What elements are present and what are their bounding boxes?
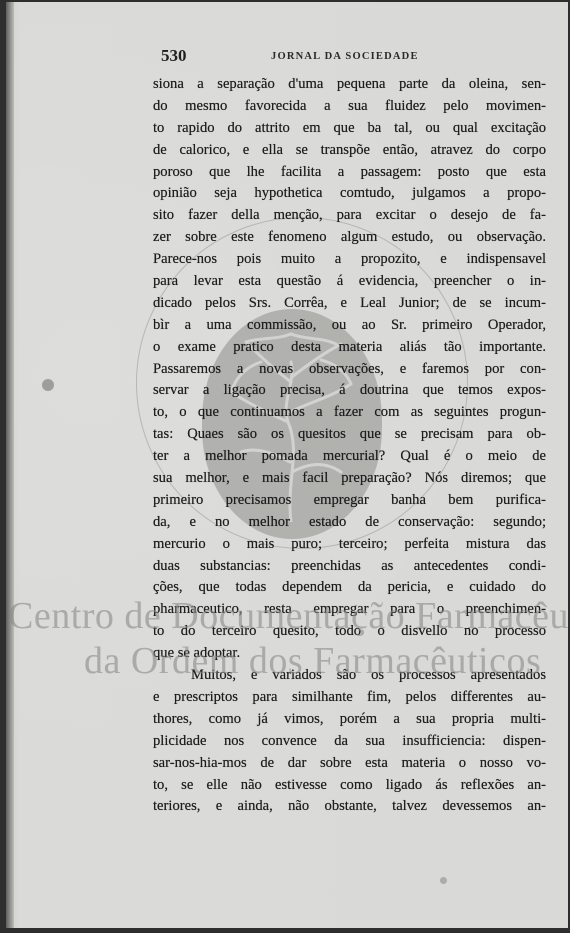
text-line: to do terceiro quesito, todo o disvello …: [153, 621, 546, 643]
text-line: primeiro precisamos empregar banha bem p…: [153, 490, 546, 512]
body-text: siona a separação d'uma pequena parte da…: [153, 74, 546, 818]
text-line: to, se elle não estivesse como ligado ás…: [153, 775, 546, 797]
text-line: do mesmo favorecida a sua fluidez pelo m…: [153, 96, 546, 118]
text-line: to rapido do attrito em que ba tal, ou q…: [153, 118, 546, 140]
text-line: zer sobre este fenomeno algum estudo, ou…: [153, 227, 546, 249]
text-line: plicidade nos convence da sua insufficie…: [153, 731, 546, 753]
text-line: dicado pelos Srs. Corrêa, e Leal Junior;…: [153, 293, 546, 315]
ink-stain: [440, 877, 447, 884]
spine-shadow: [6, 2, 14, 928]
ink-stain: [42, 379, 54, 391]
paragraph-start-line: Muitos, e variados são os processos apre…: [153, 665, 546, 687]
text-line: ter a melhor pomada mercurial? Qual é o …: [153, 446, 546, 468]
text-line: para levar esta questão á evidencia, pre…: [153, 271, 546, 293]
text-line: mercurio o mais puro; terceiro; perfeita…: [153, 534, 546, 556]
text-line: Parece-nos pois muito a propozito, e ind…: [153, 249, 546, 271]
text-line: teriores, e ainda, não obstante, talvez …: [153, 796, 546, 818]
text-line: ções, que todas dependem da pericia, e c…: [153, 577, 546, 599]
text-line: thores, como já vimos, porém a sua propr…: [153, 709, 546, 731]
text-line: sua melhor, e mais facil preparação? Nós…: [153, 468, 546, 490]
text-line: servar a ligação precisa, á doutrina que…: [153, 380, 546, 402]
text-line: sar-nos-hia-mos de dar sobre esta materi…: [153, 753, 546, 775]
running-title: JORNAL DA SOCIEDADE: [271, 51, 419, 62]
text-line: Passaremos a novas observações, e faremo…: [153, 359, 546, 381]
text-line: e prescriptos para similhante fim, pelos…: [153, 687, 546, 709]
page-header: 530 JORNAL DA SOCIEDADE: [161, 46, 541, 66]
page-number: 530: [161, 46, 187, 66]
text-line: da, e no melhor estado de conservação: s…: [153, 512, 546, 534]
text-line: tas: Quaes são os quesitos que se precis…: [153, 424, 546, 446]
text-line: sito fazer della menção, para excitar o …: [153, 205, 546, 227]
text-line: siona a separação d'uma pequena parte da…: [153, 74, 546, 96]
paragraph-end-line: que se adoptar.: [153, 643, 546, 665]
text-line: de calorico, e ella se transpõe então, a…: [153, 140, 546, 162]
text-line: opinião seja hypothetica comtudo, julgam…: [153, 183, 546, 205]
text-line: to, o que continuamos a fazer com as seg…: [153, 402, 546, 424]
text-line: o exame pratico desta materia aliás tão …: [153, 337, 546, 359]
text-line: bìr a uma commissão, ou ao Sr. primeiro …: [153, 315, 546, 337]
text-line: poroso que lhe facilita a passagem: post…: [153, 162, 546, 184]
text-line: duas substancias: preenchidas as anteced…: [153, 556, 546, 578]
scanned-page: 530 JORNAL DA SOCIEDADE siona a separaçã…: [6, 2, 568, 928]
text-line: pharmaceutico, resta empregar para o pre…: [153, 599, 546, 621]
